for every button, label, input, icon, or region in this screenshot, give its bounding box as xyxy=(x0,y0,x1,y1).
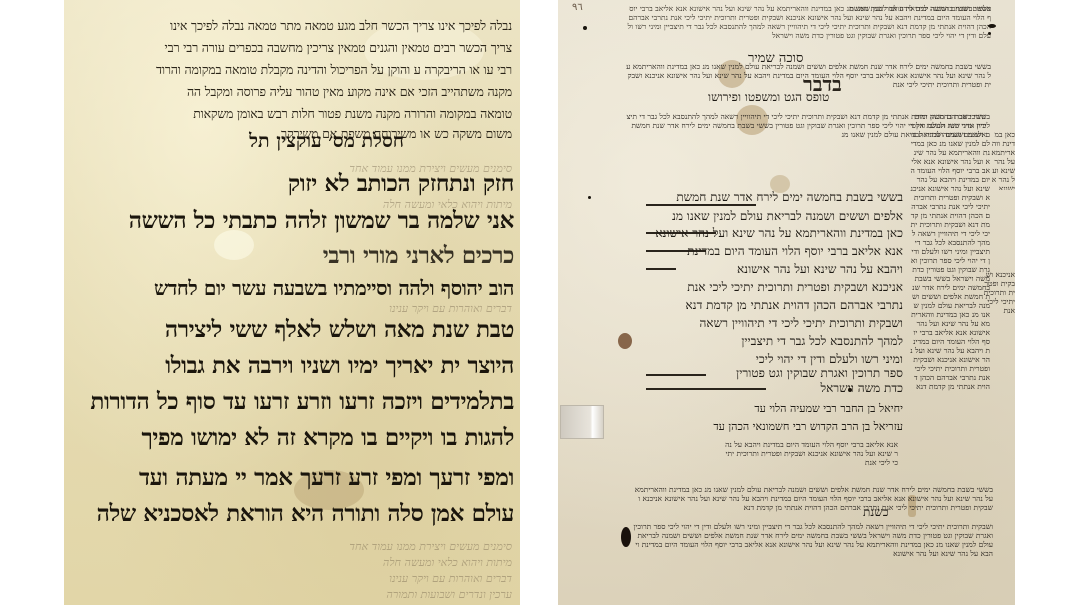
right-manuscript-photo: ٩٦ בששי בשבת בחמשה ימים לירח אדר שנת חמש… xyxy=(558,0,1015,605)
ink-blot xyxy=(621,527,631,547)
line-filler xyxy=(646,388,766,390)
marginal-note: כאן במדינת ווהאריתמא על נהר שינא ועל נהר… xyxy=(991,130,1015,190)
ink-dot xyxy=(848,388,852,392)
ink-dot xyxy=(583,26,587,30)
lower-heading: כשנת xyxy=(863,505,889,520)
witness-line: יחיאל בן החבר רבי שמעיה הלוי עד xyxy=(708,402,903,415)
text-line: טומאה במקומה והרורה מקנה משנת פטור חלות … xyxy=(72,106,512,122)
marginal-note: אניכנא ושבקית ופטרית ותרוכית יתיכי ליכי … xyxy=(983,270,1015,370)
main-text-line: בששי בשבת בחמשה ימים לירח אדר שנת חמשת xyxy=(668,190,903,205)
main-text-line: אנא אליאב ברבי יוסף הלוי העומד היום במדי… xyxy=(708,244,903,259)
colophon-line: כרכים לארני מורי ורבי xyxy=(70,242,514,269)
colophon-line: טבת שנת מאה ושלש לאלף ששי ליצירה xyxy=(70,316,514,343)
commentary-block-bottom: ושבקית ותרוכית יתיכי ליכי די תיהוויין רש… xyxy=(633,522,993,582)
folio-mark: ٩٦ xyxy=(572,2,583,13)
ink-dot xyxy=(988,32,991,35)
text-line: מקנה משתהייב הזכי אם אינה מקוע מאין טהור… xyxy=(72,84,512,100)
line-filler xyxy=(646,374,706,376)
commentary-block-bottom: בששי בשבת בחמשה ימים לירח אדר שנת חמשת א… xyxy=(633,485,993,520)
main-text-line: למהך להתנסבא לכל גבר די תיצביין xyxy=(646,334,903,349)
witness-line: עזריאל בן הרב הקדוש רבי חשמונאי הכהן עד xyxy=(683,420,903,433)
faded-line: סימנים מעשים ויצירת ממנו עמוד אחד xyxy=(72,540,512,553)
line-filler xyxy=(646,268,676,270)
heading-2: טופס הגט ומשפטו ופירושו xyxy=(708,90,829,105)
main-text-line: ושבקית ותרוכית יתיכי ליכי די תיהוויין רש… xyxy=(646,316,903,331)
colophon-line: הוב יהוסף ולהה וסיימתיו בשבעה עשר יום לח… xyxy=(70,276,514,301)
main-text-line: כדת משה וישראל xyxy=(768,381,903,396)
ink-dot xyxy=(588,196,591,199)
faded-line: דברים ואוהרות עם ויקר ענינו xyxy=(72,302,512,315)
faded-line: ערכין ונדרים ושבועות ותמורה xyxy=(72,588,512,601)
main-text-line: נתרבי אברהם הכהן דהוית אנתתי מן קדמת דנא xyxy=(646,298,903,313)
main-text-line: כאן במדינת ווהאריתמא על נהר שינא ועל נהר… xyxy=(718,226,903,241)
main-text-line: ספר תרוכין ואגרת שבוקין וגט פטורין xyxy=(708,366,903,381)
colophon-line: היוצר ית יאריך ימיו ושניו וירבה את גבולו xyxy=(70,352,514,379)
commentary-block-top: אלפים וששים ושמנה לבריאת עולם למנין שאנו… xyxy=(626,4,991,66)
left-manuscript-photo: נבלה לפיכך אינו צריך הכשר חלב מגע טמאה מ… xyxy=(64,0,520,605)
colophon-line: ומפי זרעך ומפי זרע זרעך אמר יי מעתה ועד xyxy=(70,464,514,491)
commentary-column-right: בששי בשבת בחמשה ימים לירח אדר שנת חמשת א… xyxy=(910,112,990,452)
commentary-block: אנא אליאב ברבי יוסף הלוי העומד היום במדי… xyxy=(723,440,898,480)
colophon-line: להגות בו ויקיים בו מקרא זה לא ימושו מפיך xyxy=(70,424,514,451)
faded-line: מיתות ויהוא כלאי ומעשה חלה xyxy=(72,556,512,569)
line-filler xyxy=(646,204,756,206)
text-line: רבי עו או הריבקרה ע והוקן על הפריכול והד… xyxy=(72,62,512,78)
main-text-line: ויהבא על נהר שינא ועל נהר אישונא xyxy=(678,262,903,277)
stain xyxy=(618,333,632,349)
colophon-line: עולם אמן סלה ותורה היא הוראת לאסכניא שלה xyxy=(70,500,514,527)
section-title: חסלת מס׳ עוקצין תל xyxy=(174,130,404,153)
main-text-line: ומיני רשו ולעלם ודין די יהוי ליכי xyxy=(646,352,903,367)
main-text-line: אלפים וששים ושמנה לבריאת עולם למנין שאנו… xyxy=(668,209,903,224)
colophon-line: אני שלמה בר שמשון זלהה כתבתי כל הששה xyxy=(70,207,514,234)
colophon-line: בתלמידים ויזכה זרעו וזרע זרעו עד סוף כל … xyxy=(70,388,514,415)
ink-dot xyxy=(988,24,996,28)
main-text-line: אניכנא ושבקית ופטרית ותרוכית יתיכי ליכי … xyxy=(646,280,903,295)
faded-line: דברים ואוהרות עם ויקר ענינו xyxy=(72,572,512,585)
text-line: נבלה לפיכך אינו צריך הכשר חלב מגע טמאה מ… xyxy=(72,18,512,34)
colophon-line: חזק ונתחזק הכותב לא יזוק xyxy=(70,170,514,197)
text-line: צריך הכשר רבים טמאין והגנים טמאין צריכין… xyxy=(72,40,512,56)
paper-clip xyxy=(560,405,604,439)
